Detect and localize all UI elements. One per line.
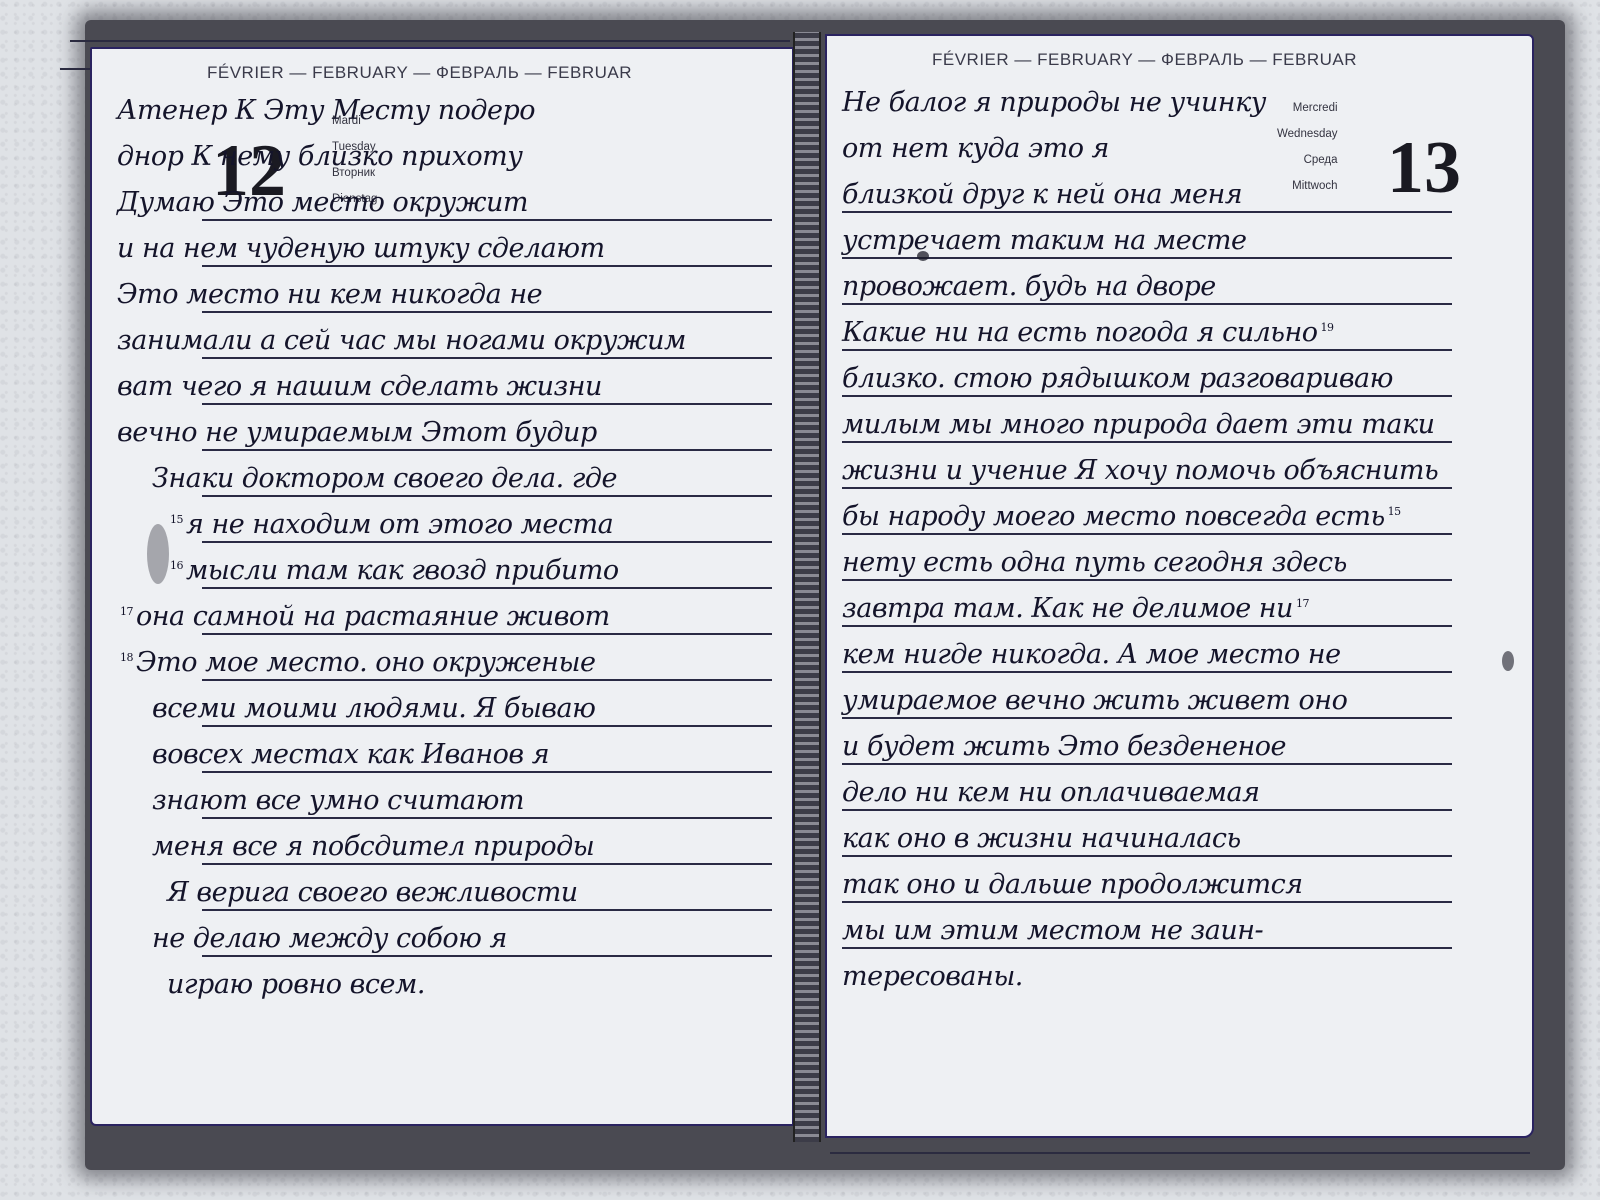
ruled-line xyxy=(842,809,1452,811)
ruled-line xyxy=(202,863,772,865)
ruled-line xyxy=(842,625,1452,627)
ruled-line xyxy=(842,947,1452,949)
ruled-line xyxy=(842,533,1452,535)
ruled-line xyxy=(842,855,1452,857)
handwritten-line: 17она самной на растаяние живот xyxy=(92,595,792,641)
ruled-line xyxy=(842,303,1452,305)
ink-smudge xyxy=(147,524,169,584)
handwritten-line: Не балог я природы не учинку xyxy=(827,81,1532,127)
line-text: занимали а сей час мы ногами окружим xyxy=(117,325,686,356)
handwritten-line: не делаю между собою я xyxy=(92,917,792,963)
ink-blot xyxy=(917,251,929,261)
ruled-line xyxy=(842,763,1452,765)
line-text: играю ровно всем. xyxy=(167,969,425,1000)
handwritten-line: мы им этим местом не заин- xyxy=(827,909,1532,955)
ruled-line xyxy=(202,955,772,957)
handwritten-line: играю ровно всем. xyxy=(92,963,792,1009)
ruled-line xyxy=(202,679,772,681)
line-text: провожает. будь на дворе xyxy=(842,271,1216,302)
ruled-line xyxy=(202,311,772,313)
line-text: умираемое вечно жить живет оно xyxy=(842,685,1347,716)
page-stack-edge xyxy=(830,1152,1530,1154)
ruled-line xyxy=(842,579,1452,581)
handwritten-line: меня все я побсдител природы xyxy=(92,825,792,871)
handwritten-line: 15я не находим от этого места xyxy=(92,503,792,549)
handwritten-line: днор К нему близко прихоту xyxy=(92,135,792,181)
ruled-line xyxy=(202,449,772,451)
ruled-line xyxy=(202,587,772,589)
page-stack-edge xyxy=(60,68,90,70)
hour-number: 18 xyxy=(120,651,133,664)
line-text: от нет куда это я xyxy=(842,133,1109,164)
line-text: Я верига своего вежливости xyxy=(167,877,578,908)
handwritten-line: Я верига своего вежливости xyxy=(92,871,792,917)
line-text: Это место ни кем никогда не xyxy=(117,279,542,310)
handwritten-line: завтра там. Как не делимое ни17 xyxy=(827,587,1532,633)
ruled-line xyxy=(842,717,1452,719)
ink-blot xyxy=(1502,651,1514,671)
line-text: Не балог я природы не учинку xyxy=(842,87,1266,118)
ruled-line xyxy=(202,817,772,819)
ruled-line xyxy=(202,633,772,635)
handwritten-line: жизни и учение Я хочу помочь объяснить xyxy=(827,449,1532,495)
line-text: вечно не умираемым Этот будир xyxy=(117,417,597,448)
handwritten-line: кем нигде никогда. А мое место не xyxy=(827,633,1532,679)
line-text: жизни и учение Я хочу помочь объяснить xyxy=(842,455,1438,486)
month-header: FÉVRIER — FEBRUARY — ФЕВРАЛЬ — FEBRUAR xyxy=(932,50,1357,70)
ruled-line xyxy=(202,265,772,267)
handwritten-line: ват чего я нашим сделать жизни xyxy=(92,365,792,411)
ruled-line xyxy=(842,395,1452,397)
handwritten-line: 18Это мое место. оно окруженые xyxy=(92,641,792,687)
handwritten-line: вовсех местах как Иванов я xyxy=(92,733,792,779)
diary-page-february-13: FÉVRIER — FEBRUARY — ФЕВРАЛЬ — FEBRUAR 1… xyxy=(825,34,1534,1138)
line-text: Знаки доктором своего дела. где xyxy=(152,463,617,494)
handwritten-line: Знаки доктором своего дела. где xyxy=(92,457,792,503)
month-header: FÉVRIER — FEBRUARY — ФЕВРАЛЬ — FEBRUAR xyxy=(207,63,632,83)
line-text: 15я не находим от этого места xyxy=(167,509,613,540)
hour-number: 19 xyxy=(1321,321,1334,334)
ruled-line xyxy=(202,725,772,727)
line-text: меня все я побсдител природы xyxy=(152,831,594,862)
line-text: Думаю Это место окружит xyxy=(117,187,528,218)
hour-number: 17 xyxy=(120,605,133,618)
handwritten-entry: Не балог я природы не учинку от нет куда… xyxy=(827,81,1532,1001)
handwritten-line: милым мы много природа дает эти таки xyxy=(827,403,1532,449)
line-text: Атенер К Эту Месту подеро xyxy=(117,95,535,126)
hour-number: 17 xyxy=(1296,597,1309,610)
handwritten-line: как оно в жизни начиналась xyxy=(827,817,1532,863)
ruled-line xyxy=(842,257,1452,259)
handwritten-line: нету есть одна путь сегодня здесь xyxy=(827,541,1532,587)
hour-number: 15 xyxy=(170,513,183,526)
handwritten-line: Это место ни кем никогда не xyxy=(92,273,792,319)
line-text: 17она самной на растаяние живот xyxy=(117,601,610,632)
handwritten-line: всеми моими людями. Я бываю xyxy=(92,687,792,733)
book-spine xyxy=(793,32,821,1142)
line-text: мы им этим местом не заин- xyxy=(842,915,1263,946)
line-text: завтра там. Как не делимое ни17 xyxy=(842,593,1312,624)
line-text: Какие ни на есть погода я сильно19 xyxy=(842,317,1337,348)
line-text: и будет жить Это бездененое xyxy=(842,731,1286,762)
handwritten-line: Какие ни на есть погода я сильно19 xyxy=(827,311,1532,357)
line-text: бы народу моего место повсегда есть15 xyxy=(842,501,1404,532)
handwritten-line: и на нем чуденую штуку сделают xyxy=(92,227,792,273)
line-text: и на нем чуденую штуку сделают xyxy=(117,233,605,264)
handwritten-line: вечно не умираемым Этот будир xyxy=(92,411,792,457)
page-stack-edge xyxy=(70,40,790,42)
handwritten-line: провожает. будь на дворе xyxy=(827,265,1532,311)
ruled-line xyxy=(842,487,1452,489)
handwritten-line: дело ни кем ни оплачиваемая xyxy=(827,771,1532,817)
handwritten-line: от нет куда это я xyxy=(827,127,1532,173)
ruled-line xyxy=(842,349,1452,351)
line-text: всеми моими людями. Я бываю xyxy=(152,693,595,724)
diary-page-february-12: FÉVRIER — FEBRUARY — ФЕВРАЛЬ — FEBRUAR 1… xyxy=(90,47,794,1126)
handwritten-entry: Атенер К Эту Месту подеро днор К нему бл… xyxy=(92,89,792,1009)
ruled-line xyxy=(202,357,772,359)
handwritten-line: 16мысли там как гвозд прибито xyxy=(92,549,792,595)
line-text: так оно и дальше продолжится xyxy=(842,869,1303,900)
line-text: нету есть одна путь сегодня здесь xyxy=(842,547,1347,578)
handwritten-line: близко. стою рядышком разговариваю xyxy=(827,357,1532,403)
line-text: как оно в жизни начиналась xyxy=(842,823,1241,854)
handwritten-line: Атенер К Эту Месту подеро xyxy=(92,89,792,135)
open-diary: FÉVRIER — FEBRUARY — ФЕВРАЛЬ — FEBRUAR 1… xyxy=(60,12,1560,1182)
line-text: устречает таким на месте xyxy=(842,225,1246,256)
line-text: не делаю между собою я xyxy=(152,923,507,954)
handwritten-line: бы народу моего место повсегда есть15 xyxy=(827,495,1532,541)
ruled-line xyxy=(202,541,772,543)
handwritten-line: занимали а сей час мы ногами окружим xyxy=(92,319,792,365)
ruled-line xyxy=(202,909,772,911)
ruled-line xyxy=(842,901,1452,903)
line-text: 18Это мое место. оно окруженые xyxy=(117,647,595,678)
handwritten-line: умираемое вечно жить живет оно xyxy=(827,679,1532,725)
line-text: дело ни кем ни оплачиваемая xyxy=(842,777,1259,808)
ruled-line xyxy=(842,441,1452,443)
line-text: днор К нему близко прихоту xyxy=(117,141,522,172)
handwritten-line: так оно и дальше продолжится xyxy=(827,863,1532,909)
handwritten-line: тересованы. xyxy=(827,955,1532,1001)
handwritten-line: устречает таким на месте xyxy=(827,219,1532,265)
handwritten-line: знают все умно считают xyxy=(92,779,792,825)
ruled-line xyxy=(842,671,1452,673)
line-text: близко. стою рядышком разговариваю xyxy=(842,363,1393,394)
ruled-line xyxy=(842,211,1452,213)
line-text: кем нигде никогда. А мое место не xyxy=(842,639,1341,670)
line-text: знают все умно считают xyxy=(152,785,524,816)
hour-number: 16 xyxy=(170,559,183,572)
ruled-line xyxy=(202,771,772,773)
line-text: тересованы. xyxy=(842,961,1023,992)
ruled-line xyxy=(202,219,772,221)
line-text: ват чего я нашим сделать жизни xyxy=(117,371,602,402)
ruled-line xyxy=(202,403,772,405)
ruled-line xyxy=(202,495,772,497)
line-text: милым мы много природа дает эти таки xyxy=(842,409,1434,440)
handwritten-line: Думаю Это место окружит xyxy=(92,181,792,227)
line-text: 16мысли там как гвозд прибито xyxy=(167,555,619,586)
line-text: близкой друг к ней она меня xyxy=(842,179,1242,210)
handwritten-line: и будет жить Это бездененое xyxy=(827,725,1532,771)
line-text: вовсех местах как Иванов я xyxy=(152,739,549,770)
handwritten-line: близкой друг к ней она меня xyxy=(827,173,1532,219)
hour-number: 15 xyxy=(1388,505,1401,518)
